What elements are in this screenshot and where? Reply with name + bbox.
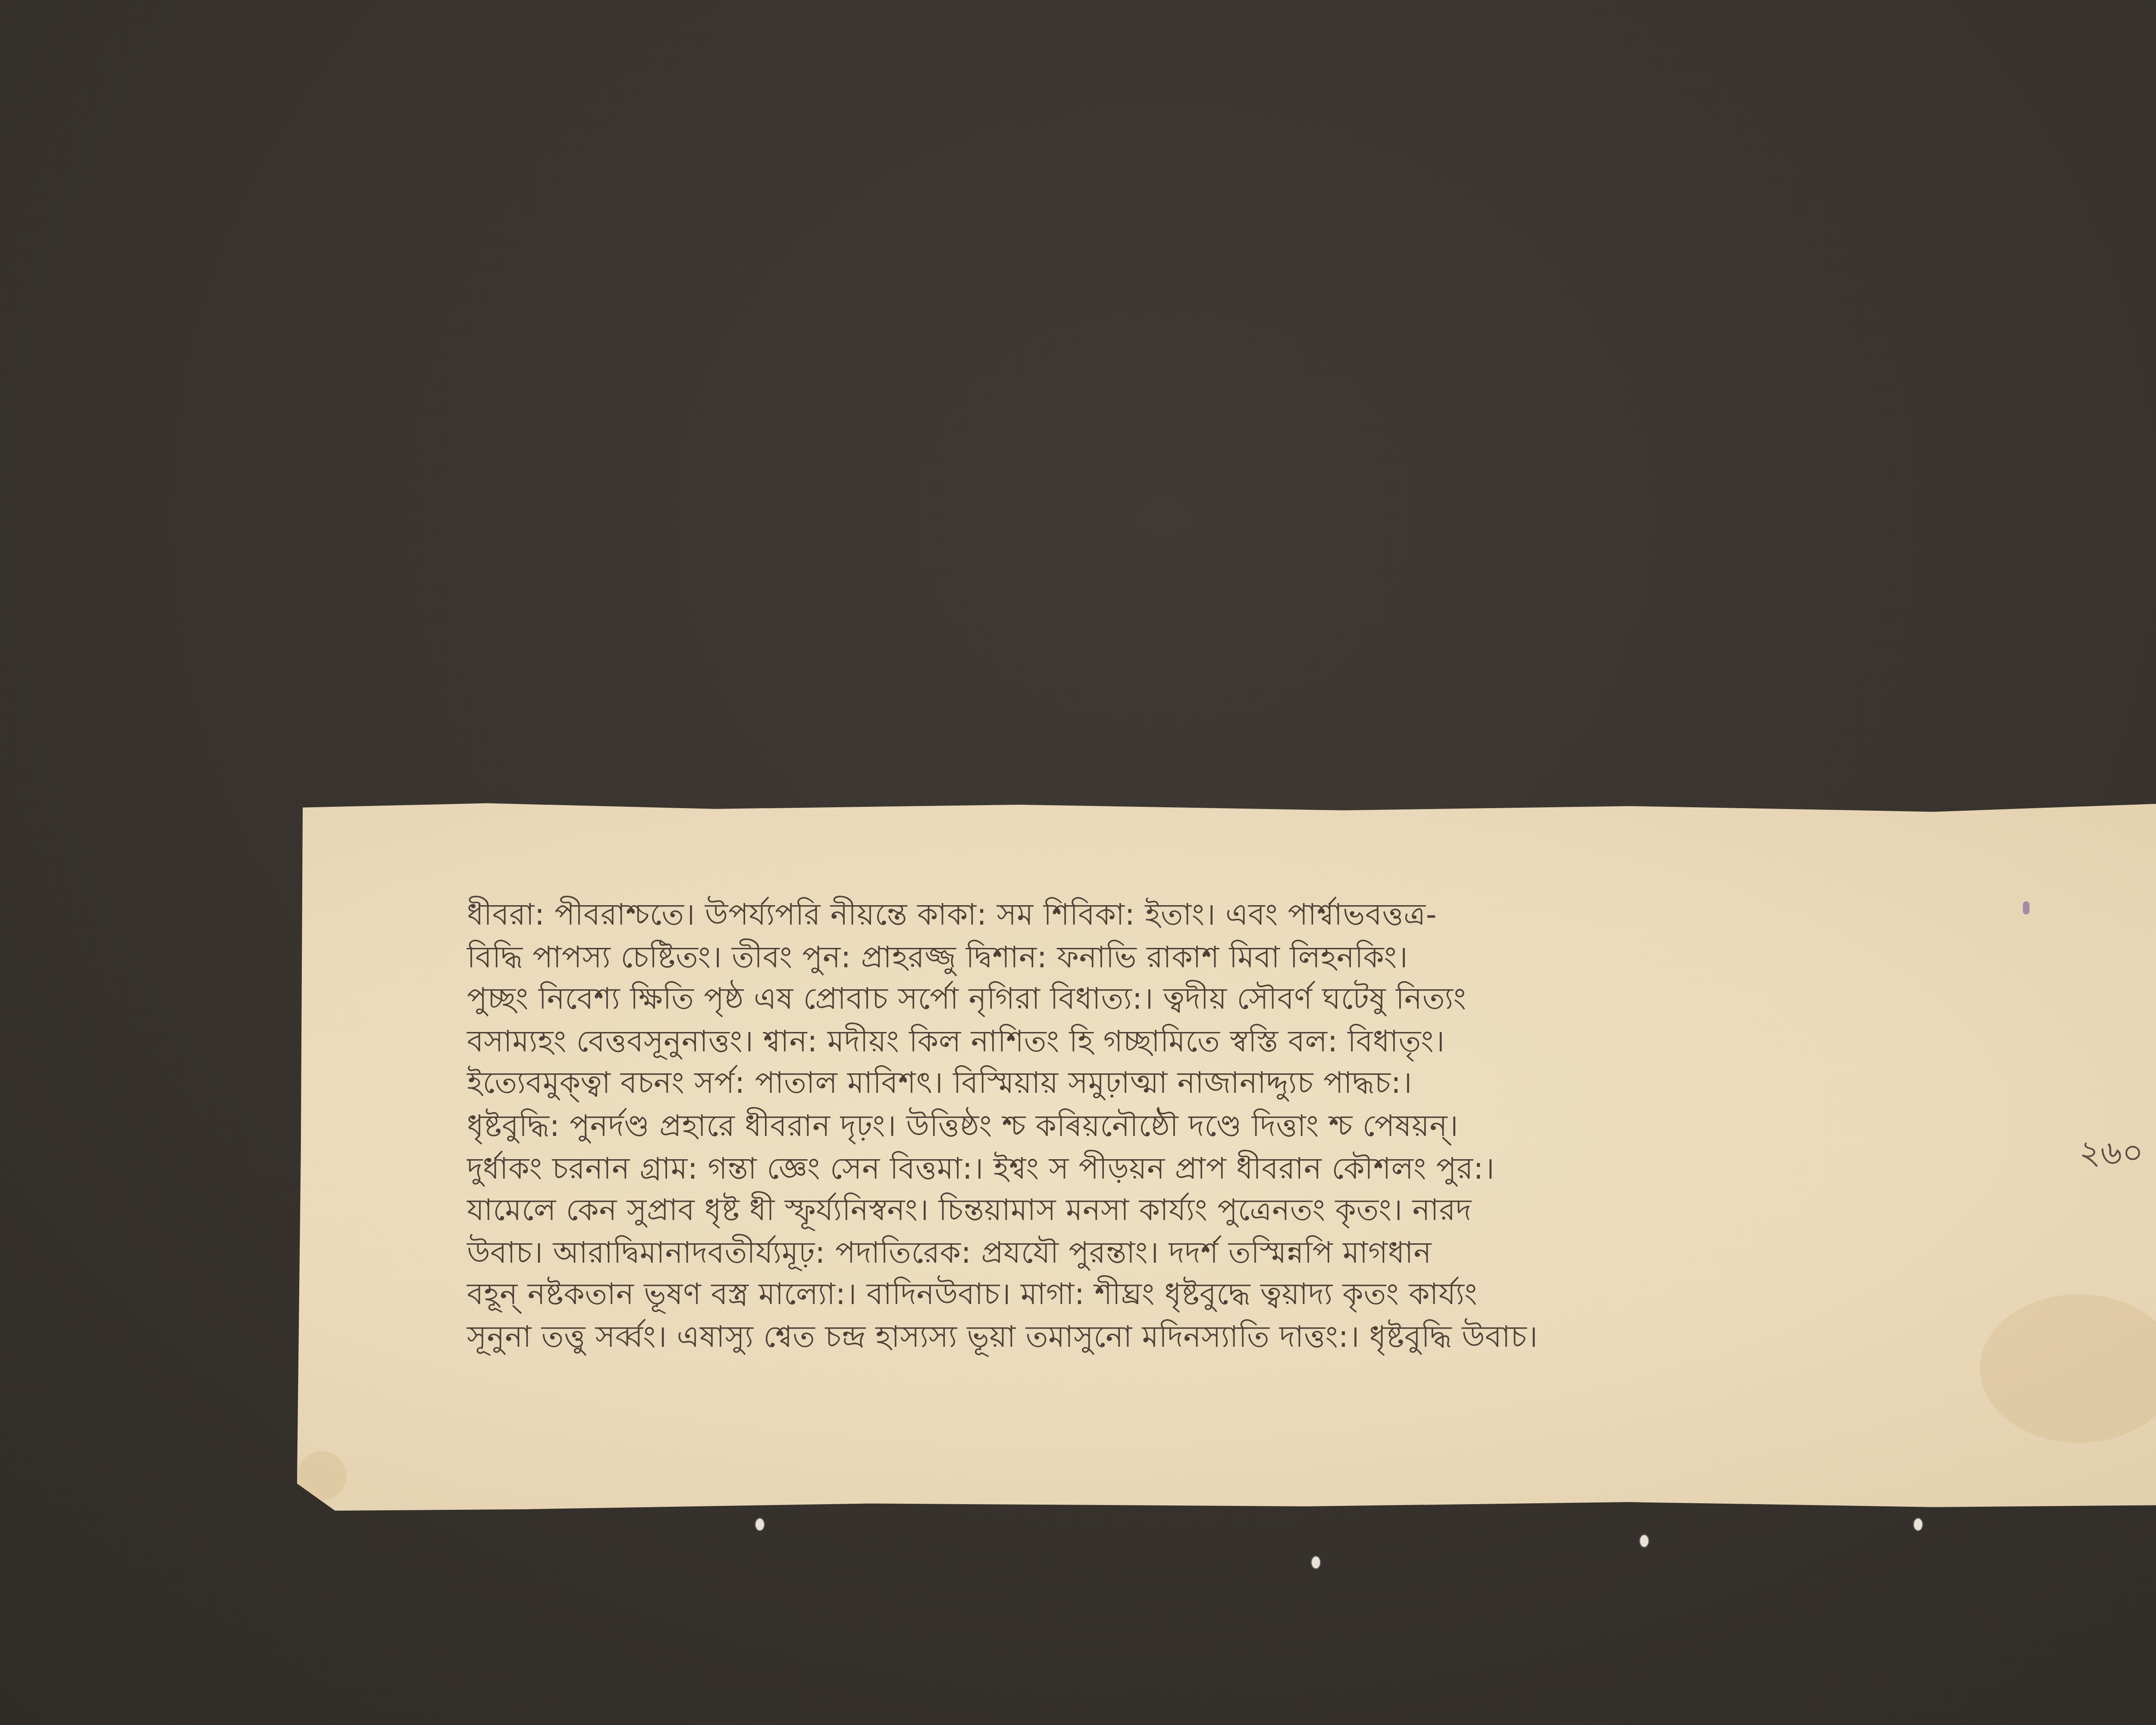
text-line: দুর্ধাকং চরনান গ্রাম: গন্তা জ্ঞেং সেন বি… <box>467 1148 2156 1190</box>
text-line: বহূন্ নষ্টকতান ভূষণ বস্ত্র মাল্যো:। বাদি… <box>467 1275 2156 1317</box>
text-line: ধীবরা: পীবরাশ্চতে। উপর্য্যপরি নীয়ন্তে ক… <box>467 895 2156 937</box>
corner-stain <box>297 1451 347 1501</box>
text-line: ইত্যেবমুক্ত্বা বচনং সর্প: পাতাল মাবিশৎ। … <box>467 1064 2156 1106</box>
text-line: সূনুনা তত্তু সর্ব্বং। এষাস্যু শ্বেত চন্দ… <box>467 1317 2156 1359</box>
manuscript-text: ধীবরা: পীবরাশ্চতে। উপর্য্যপরি নীয়ন্তে ক… <box>467 895 2156 1360</box>
ink-mark <box>2023 901 2029 915</box>
text-line: বিদ্ধি পাপস্য চেষ্টিতং। তীবং পুন: প্রাহর… <box>467 937 2156 979</box>
folio-number: ২৬০ <box>2079 1129 2143 1183</box>
photo-stage: ধীবরা: পীবরাশ্চতে। উপর্য্যপরি নীয়ন্তে ক… <box>0 0 2156 1725</box>
text-line: বসাম্যহং বেত্তবসূনুনাত্তং। শ্বান: মদীয়ং… <box>467 1022 2156 1064</box>
text-line: যামেলে কেন সুপ্রাব ধৃষ্ট ধী স্ফূর্য্যনিস… <box>467 1190 2156 1233</box>
manuscript-folio: ধীবরা: পীবরাশ্চতে। উপর্য্যপরি নীয়ন্তে ক… <box>297 799 2156 1512</box>
mounting-pin <box>1640 1535 1648 1547</box>
text-line: উবাচ। আরাদ্বিমানাদবতীর্য্যমূঢ়: পদাতিরেক… <box>467 1233 2156 1275</box>
text-line: ধৃষ্টবুদ্ধি: পুনর্দণ্ড প্রহারে ধীবরান দৃ… <box>467 1106 2156 1148</box>
text-line: পুচ্ছং নিবেশ্য ক্ষিতি পৃষ্ঠ এষ প্রোবাচ স… <box>467 979 2156 1022</box>
mounting-pin <box>1312 1557 1320 1568</box>
mounting-pin <box>756 1519 764 1531</box>
mounting-pin <box>1914 1519 1922 1531</box>
